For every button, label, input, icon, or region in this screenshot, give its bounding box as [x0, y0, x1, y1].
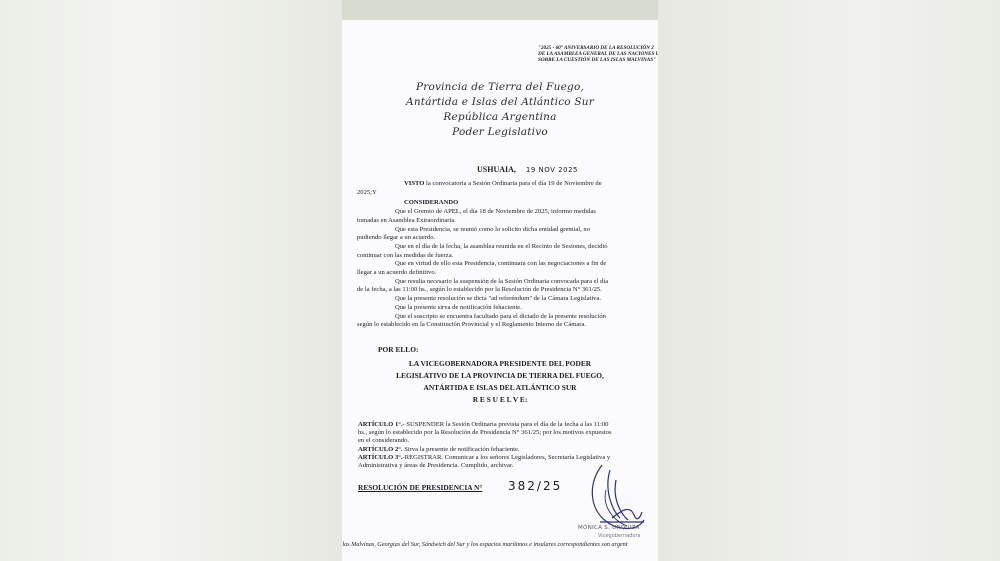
- resuelve-heading: R E S U E L V E:: [342, 394, 658, 406]
- article-1-label: ARTÍCULO 1°.-: [358, 421, 405, 428]
- letterhead-region: Antártida e Islas del Atlántico Sur: [342, 95, 658, 110]
- visto-label: VISTO: [404, 180, 424, 187]
- background-left: [0, 0, 342, 561]
- authority-block: LA VICEGOBERNADORA PRESIDENTE DEL PODER …: [342, 358, 658, 406]
- resolution-label: RESOLUCIÓN DE PRESIDENCIA N°: [358, 483, 482, 492]
- letterhead-branch: Poder Legislativo: [342, 125, 658, 140]
- page-top-shadow: [342, 0, 658, 20]
- article-3-label: ARTÍCULO 3°.-: [358, 454, 405, 461]
- letterhead-country: República Argentina: [342, 110, 658, 125]
- date-stamp: 19 NOV 2025: [526, 166, 578, 174]
- anniversary-banner: "2025 - 60° ANIVERSARIO DE LA RESOLUCIÓN…: [538, 45, 658, 63]
- signatory-role: Vicegobernadora: [598, 533, 641, 539]
- por-ello: POR ELLO:: [378, 345, 418, 354]
- background-right: [658, 0, 1000, 561]
- preamble: VISTO la convocatoria a Sesión Ordinaria…: [357, 180, 658, 330]
- resolution-number: 382/25: [508, 479, 562, 493]
- document-page: "2025 - 60° ANIVERSARIO DE LA RESOLUCIÓN…: [342, 20, 658, 561]
- place-date: USHUAIA, 19 NOV 2025: [477, 165, 578, 174]
- article-2-label: ARTÍCULO 2°.: [358, 446, 403, 453]
- considerando-heading: CONSIDERANDO: [357, 199, 658, 208]
- signatory-name: MÓNICA S. URQUIZA: [578, 525, 640, 531]
- letterhead-province: Provincia de Tierra del Fuego,: [342, 80, 658, 95]
- letterhead: Provincia de Tierra del Fuego, Antártida…: [342, 80, 658, 140]
- place: USHUAIA,: [477, 165, 516, 174]
- footer-legend: slas Malvinas, Georgias del Sur, Sándwic…: [342, 541, 627, 548]
